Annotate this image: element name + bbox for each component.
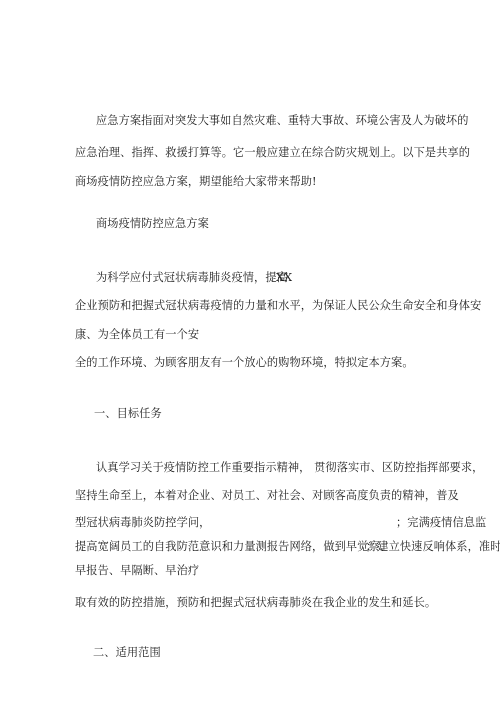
- intro-line-1: 应急方案指面对突发大事如自然灾难、重特大事故、环境公害及人为破坏的: [96, 114, 469, 128]
- intro-line-2: 应急治理、指挥、救援打算等。它一般应建立在综合防灾规划上。以下是共享的: [75, 146, 470, 160]
- purpose-line-3: 康、为全体员工有一个安: [75, 328, 199, 342]
- purpose-line-1: 为科学应付式冠状病毒肺炎疫情，提高: [96, 271, 288, 285]
- doc-title: 商场疫情防控应急方案: [96, 217, 209, 231]
- purpose-line-4: 全的工作环境、为顾客朋友有一个放心的购物环境，特拟定本方案。: [75, 356, 414, 370]
- section-1-heading: 一、目标任务: [94, 407, 162, 421]
- section-1-line-1: 认真学习关于疫情防控工作重要指示精神， 贯彻落实市、区防控指挥部要求，: [96, 461, 483, 475]
- purpose-line-1-tail: XX: [276, 271, 292, 285]
- section-1-line-3a: 型冠状病毒肺炎防控学问，: [75, 516, 210, 530]
- section-1-line-4a: 提高宽阔员工的自我防范意识和力量测报告网络，做到早觉察、: [75, 540, 391, 554]
- purpose-line-2: 企业预防和把握式冠状病毒疫情的力量和水平，为保证人民公众生命安全和身体安: [75, 299, 481, 313]
- intro-line-3: 商场疫情防控应急方案，期望能给大家带来帮助!: [75, 175, 317, 189]
- section-1-line-4b: ；建立快速反响体系，准时采: [366, 540, 500, 554]
- section-1-line-3b: ；完满疫情信息监: [396, 516, 486, 530]
- section-1-line-2: 坚持生命至上，本着对企业、对员工、对社会、对顾客高度负责的精神，普及: [75, 489, 459, 503]
- section-1-line-5: 早报告、早隔断、早治疗: [75, 564, 199, 578]
- section-2-heading: 二、适用范围: [93, 646, 161, 660]
- section-1-line-6: 取有效的防控措施，预防和把握式冠状病毒肺炎在我企业的发生和延长。: [75, 596, 436, 610]
